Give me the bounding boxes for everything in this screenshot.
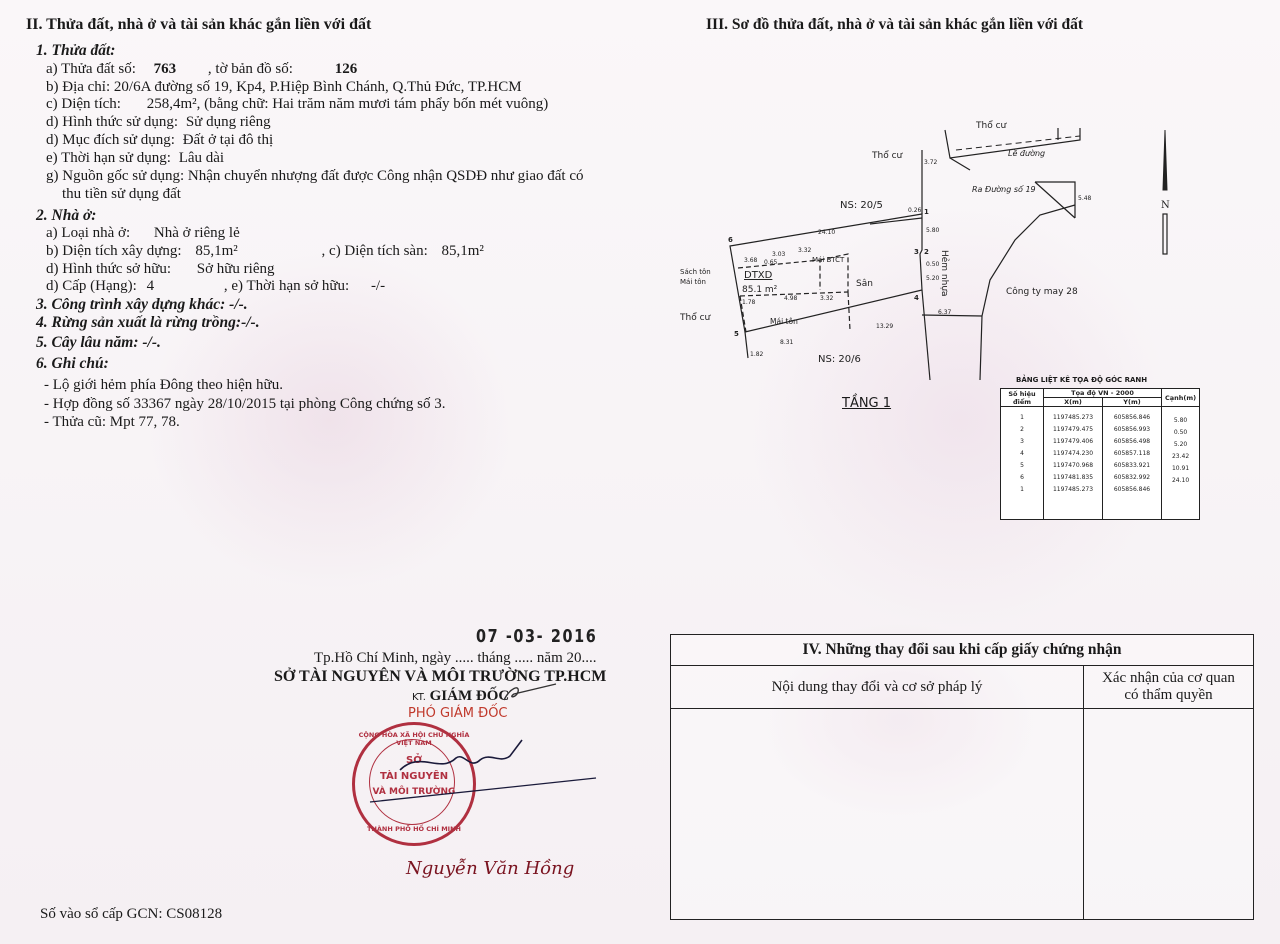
left-page: II. Thửa đất, nhà ở và tài sản khác gắn …	[0, 0, 640, 944]
address-label: b) Địa chỉ:	[46, 79, 110, 95]
house-type-value: Nhà ở riêng lẻ	[154, 225, 240, 241]
grade-value: 4	[147, 278, 155, 294]
label-dtxd-area: 85.1 m²	[742, 285, 778, 295]
changes-table: IV. Những thay đổi sau khi cấp giấy chứn…	[670, 634, 1254, 920]
dimension-labels: 24.10 5.80 0.50 5.20 13.29 8.31 1.82 3.7…	[742, 159, 1092, 358]
svg-text:0.26: 0.26	[908, 207, 922, 214]
svg-text:5.20: 5.20	[926, 275, 940, 282]
signer-name: Nguyễn Văn Hồng	[406, 858, 574, 879]
director-line: KT. GIÁM ĐỐC	[412, 688, 509, 705]
registry-number: CS08128	[166, 906, 222, 922]
svg-text:3.72: 3.72	[924, 159, 938, 166]
registry-label: Số vào sổ cấp GCN:	[40, 906, 163, 922]
th-system: Tọa độ VN - 2000	[1044, 389, 1162, 398]
th-point: Số hiệu điểm	[1001, 389, 1044, 407]
grade-row: d) Cấp (Hạng): 4 , e) Thời hạn sở hữu: -…	[46, 278, 385, 295]
north-arrow-icon: N	[1161, 130, 1170, 254]
place-date: Tp.Hồ Chí Minh, ngày ..... tháng ..... n…	[314, 650, 596, 667]
svg-text:24.10: 24.10	[818, 229, 835, 236]
th-y: Y(m)	[1103, 398, 1162, 407]
house-type-label: a) Loại nhà ở:	[46, 225, 130, 241]
term-row: e) Thời hạn sử dụng: Lâu dài	[46, 150, 224, 167]
ownership-row: d) Hình thức sở hữu: Sở hữu riêng	[46, 261, 275, 278]
use-form-label: d) Hình thức sử dụng:	[46, 114, 178, 130]
purpose-label: d) Mục đích sử dụng:	[46, 132, 175, 148]
svg-text:6.37: 6.37	[938, 309, 952, 316]
svg-text:1.82: 1.82	[750, 351, 764, 358]
seal-outer-bottom: THÀNH PHỐ HỒ CHÍ MINH	[355, 825, 473, 833]
svg-text:5.80: 5.80	[926, 227, 940, 234]
perennial: 5. Cây lâu năm: -/-.	[36, 334, 161, 352]
area-row: c) Diện tích: 258,4m², (bằng chữ: Hai tr…	[46, 96, 548, 113]
director-title: GIÁM ĐỐC	[430, 688, 510, 704]
svg-text:6: 6	[728, 236, 733, 244]
label-mai-ton: Mái tôn	[770, 317, 798, 326]
svg-text:5: 5	[734, 330, 739, 338]
svg-text:2: 2	[924, 248, 929, 256]
section-iii-title: III. Sơ đồ thửa đất, nhà ở và tài sản kh…	[706, 16, 1083, 34]
map-number: 126	[335, 61, 358, 77]
registry-row: Số vào sổ cấp GCN: CS08128	[40, 906, 222, 923]
label-ns-20-6: NS: 20/6	[818, 354, 861, 365]
house-type-row: a) Loại nhà ở: Nhà ở riêng lẻ	[46, 225, 240, 242]
area-value: 258,4m², (bằng chữ: Hai trăm năm mươi tá…	[147, 96, 549, 112]
label-ra-duong: Ra Đường số 19	[972, 184, 1036, 194]
parcel-row: a) Thửa đất số: 763 , tờ bản đồ số: 126	[46, 61, 357, 78]
label-le-duong: Lề đường	[1008, 148, 1045, 158]
handwritten-signature	[360, 730, 600, 810]
area-label: c) Diện tích:	[46, 96, 121, 112]
build-area-value: 85,1m²	[195, 243, 237, 259]
note-2: - Hợp đồng số 33367 ngày 28/10/2015 tại …	[44, 396, 445, 413]
label-sach-ton: Sách tôn	[680, 268, 711, 276]
parcel-number: 763	[154, 61, 177, 77]
th-x: X(m)	[1044, 398, 1103, 407]
note-3: - Thửa cũ: Mpt 77, 78.	[44, 414, 180, 431]
house-subtitle: 2. Nhà ở:	[36, 207, 96, 225]
other-works: 3. Công trình xây dựng khác: -/-.	[36, 296, 248, 314]
label-mai-ton-left: Mái tôn	[680, 278, 706, 286]
svg-text:1: 1	[924, 208, 929, 216]
purpose-row: d) Mục đích sử dụng: Đất ở tại đô thị	[46, 132, 273, 149]
coordinate-table: Số hiệu điểm Tọa độ VN - 2000 Cạnh(m) X(…	[1000, 388, 1200, 520]
label-dtxd: DTXD	[744, 270, 773, 281]
svg-text:8.31: 8.31	[780, 339, 794, 346]
svg-text:3.68: 3.68	[744, 257, 758, 264]
svg-text:3: 3	[914, 248, 919, 256]
svg-text:5.48: 5.48	[1078, 195, 1092, 202]
label-ns-20-5: NS: 20/5	[840, 200, 883, 211]
use-form-row: d) Hình thức sử dụng: Sử dụng riêng	[46, 114, 271, 131]
floor-area-value: 85,1m²	[442, 243, 484, 259]
address-row: b) Địa chỉ: 20/6A đường số 19, Kp4, P.Hi…	[46, 79, 522, 96]
svg-text:3.03: 3.03	[772, 251, 786, 258]
issue-date-stamp: 07 -03- 2016	[476, 626, 597, 647]
label-tho-cu-left-top: Thổ cư	[871, 150, 904, 161]
label-company: Công ty may 28	[1006, 286, 1078, 297]
svg-text:4: 4	[914, 294, 919, 302]
parcel-label: a) Thửa đất số:	[46, 61, 136, 77]
origin-row: g) Nguồn gốc sử dụng: Nhận chuyển nhượng…	[46, 168, 583, 185]
svg-text:1.78: 1.78	[742, 299, 756, 306]
kt-prefix: KT.	[412, 692, 426, 703]
changes-col-content: Nội dung thay đổi và cơ sở pháp lý	[671, 666, 1084, 709]
build-area-row: b) Diện tích xây dựng: 85,1m² , c) Diện …	[46, 243, 484, 260]
svg-text:3.32: 3.32	[798, 247, 812, 254]
map-label: , tờ bản đồ số:	[208, 61, 293, 77]
changes-title: IV. Những thay đổi sau khi cấp giấy chứn…	[671, 635, 1254, 666]
coord-row: 11197485.273605856.84624.10	[1001, 483, 1200, 495]
svg-text:0.50: 0.50	[926, 261, 940, 268]
floor-area-label: , c) Diện tích sàn:	[322, 243, 428, 259]
origin-row-cont: thu tiền sử dụng đất	[62, 186, 181, 203]
north-label: N	[1161, 200, 1170, 211]
origin-label: g) Nguồn gốc sử dụng:	[46, 168, 184, 184]
changes-confirm-cell	[1084, 709, 1254, 920]
label-tho-cu-top: Thổ cư	[975, 120, 1008, 131]
purpose-value: Đất ở tại đô thị	[183, 132, 273, 148]
use-form-value: Sử dụng riêng	[186, 114, 271, 130]
svg-text:3.32: 3.32	[820, 295, 834, 302]
label-san: Sân	[856, 279, 873, 289]
build-area-label: b) Diện tích xây dựng:	[46, 243, 182, 259]
land-subtitle: 1. Thửa đất:	[36, 42, 115, 60]
label-mai-btct: Mái BTCT	[812, 256, 845, 264]
term-label: e) Thời hạn sử dụng:	[46, 150, 171, 166]
floor-label: TẦNG 1	[842, 396, 891, 411]
deputy-title: PHÓ GIÁM ĐỐC	[408, 706, 508, 721]
initial-mark	[500, 682, 560, 706]
address-value: 20/6A đường số 19, Kp4, P.Hiệp Bình Chán…	[114, 79, 522, 95]
own-term-value: -/-	[371, 278, 385, 294]
own-term-label: , e) Thời hạn sở hữu:	[224, 278, 349, 294]
ownership-value: Sở hữu riêng	[197, 261, 275, 277]
ownership-label: d) Hình thức sở hữu:	[46, 261, 171, 277]
origin-value: Nhận chuyển nhượng đất được Công nhận QS…	[188, 168, 584, 184]
changes-content-cell	[671, 709, 1084, 920]
changes-col-confirm: Xác nhận của cơ quan có thẩm quyền	[1084, 666, 1254, 709]
coord-table-caption: BẢNG LIỆT KÊ TỌA ĐỘ GÓC RANH	[1016, 376, 1147, 384]
notes-title: 6. Ghi chú:	[36, 355, 109, 373]
forest: 4. Rừng sản xuất là rừng trồng:-/-.	[36, 314, 260, 332]
svg-text:4.98: 4.98	[784, 295, 798, 302]
note-1: - Lộ giới hẻm phía Đông theo hiện hữu.	[44, 377, 283, 394]
grade-label: d) Cấp (Hạng):	[46, 278, 137, 294]
svg-text:13.29: 13.29	[876, 323, 893, 330]
section-ii-title: II. Thửa đất, nhà ở và tài sản khác gắn …	[26, 16, 371, 34]
svg-text:0.65: 0.65	[764, 259, 778, 266]
label-tho-cu-left: Thổ cư	[680, 312, 712, 323]
term-value: Lâu dài	[179, 150, 224, 166]
label-hem-nhua: Hẻm nhựa	[939, 250, 950, 297]
